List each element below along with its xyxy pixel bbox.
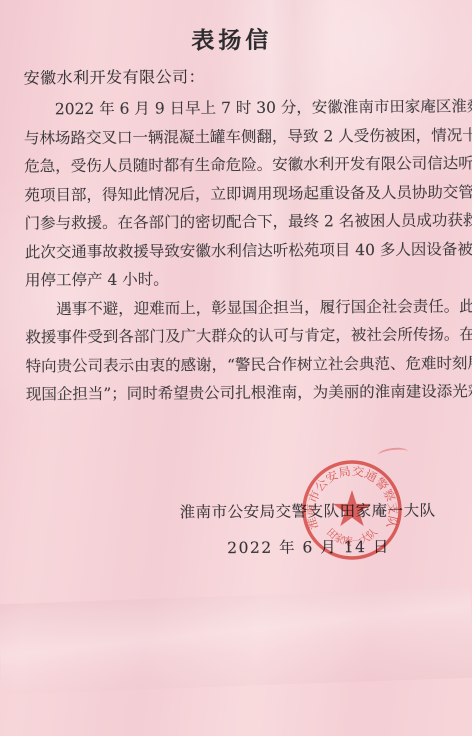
body-line: 现国企担当”；同时希望贵公司扎根淮南，为美丽的淮南建设添光彩。 bbox=[26, 378, 443, 409]
seal-banner-text-holder: 田家庵一大队 bbox=[324, 525, 380, 548]
body-line: 2022 年 6 月 9 日早上 7 时 30 分，安徽淮南市田家庵区淮舜南路 bbox=[24, 93, 441, 124]
body-line: 用停工停产 4 小时。 bbox=[25, 264, 442, 295]
body-line: 遇事不避，迎难而上，彰显国企担当，履行国企社会责任。此次 bbox=[25, 292, 442, 323]
letter-title: 表扬信 bbox=[23, 25, 440, 58]
seal-banner-text: 田家庵一大队 bbox=[324, 525, 380, 548]
official-seal: 淮南市公安局交通警察支队 田家庵一大队 bbox=[282, 442, 422, 582]
body-line: 危急，受伤人员随时都有生命危险。安徽水利开发有限公司信达听松 bbox=[24, 150, 441, 181]
body-line: 苑项目部，得知此情况后，立即调用现场起重设备及人员协助交管部 bbox=[24, 178, 441, 209]
paper-crease-bottom bbox=[0, 588, 472, 694]
body-line: 与林场路交叉口一辆混凝土罐车侧翻，导致 2 人受伤被困，情况十分 bbox=[24, 121, 441, 152]
body-line: 此次交通事故救援导致安徽水利信达听松苑项目 40 多人因设备被调 bbox=[25, 235, 442, 266]
letter-salutation: 安徽水利开发有限公司： bbox=[24, 65, 441, 90]
letter-body: 2022 年 6 月 9 日早上 7 时 30 分，安徽淮南市田家庵区淮舜南路 … bbox=[24, 93, 443, 409]
star-icon bbox=[333, 490, 371, 526]
body-line: 特向贵公司表示由衷的感谢，“警民合作树立社会典范、危难时刻展 bbox=[26, 349, 443, 380]
letter-sheet: 表扬信 安徽水利开发有限公司： 2022 年 6 月 9 日早上 7 时 30 … bbox=[0, 0, 472, 736]
body-line: 救援事件受到各部门及广大群众的认可与肯定，被社会所传扬。在此， bbox=[25, 321, 442, 352]
body-line: 门参与救援。在各部门的密切配合下，最终 2 名被困人员成功获救。 bbox=[25, 207, 442, 238]
